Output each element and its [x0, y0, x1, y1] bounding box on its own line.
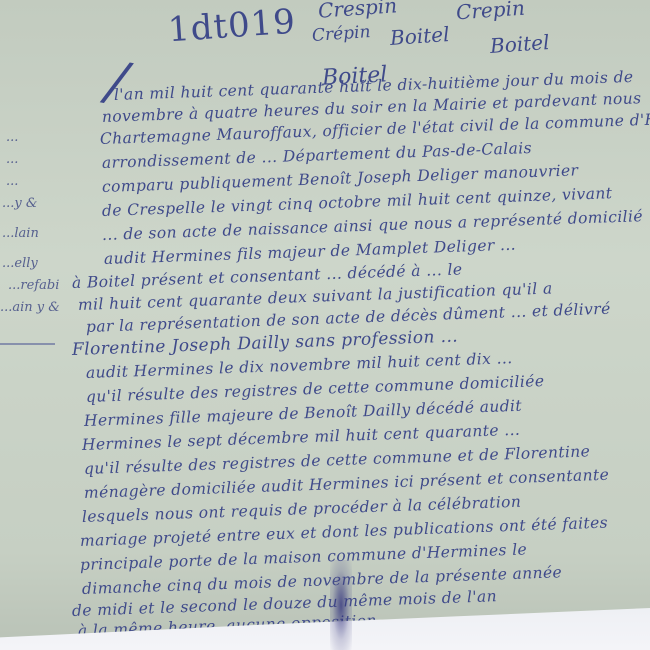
margin-note: ...lain [2, 226, 39, 241]
header-name-3: Crépin [311, 22, 371, 46]
margin-rule [0, 343, 55, 345]
header-name-4: Boitel [389, 22, 450, 50]
margin-note: ... [6, 130, 18, 145]
margin-note: ...refabi [8, 278, 59, 293]
binding-shadow [330, 560, 352, 650]
margin-note: ...y & [2, 196, 37, 211]
margin-note: ...ain y & [0, 300, 60, 315]
header-name-5: Boitel [489, 30, 550, 58]
margin-note: ... [6, 174, 18, 189]
margin-note: ... [6, 152, 18, 167]
margin-note: ...elly [2, 256, 38, 271]
